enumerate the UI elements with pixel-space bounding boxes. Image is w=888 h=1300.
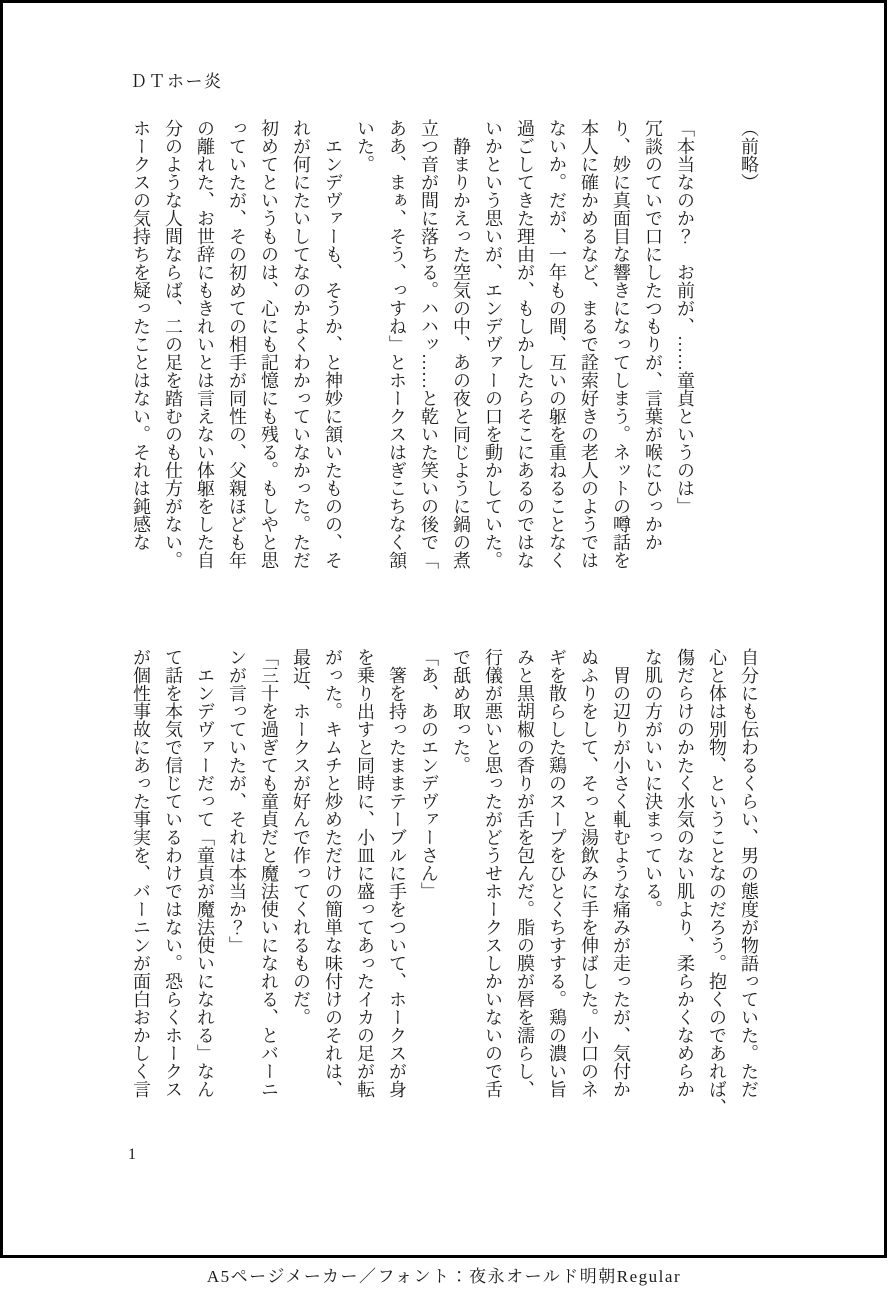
text-line: ギを散らした鶏のスープをひとくちすする。鶏の濃い旨 xyxy=(541,648,573,1120)
text-line: ぬふりをして、そっと湯飲みに手を伸ばした。小口のネ xyxy=(573,648,605,1120)
text-line: （前略） xyxy=(733,119,765,591)
text-line: な肌の方がいいに決まっている。 xyxy=(637,648,669,1120)
text-line: いかという思いが、エンデヴァーの口を動かしていた。 xyxy=(477,119,509,591)
text-line: エンデヴァーも、そうか、と神妙に頷いたものの、そ xyxy=(317,119,349,591)
footer-caption: A5ページメーカー／フォント：夜永オールド明朝Regular xyxy=(0,1262,888,1287)
text-line: 立つ音が間に落ちる。ハハッ……と乾いた笑いの後で「 xyxy=(413,119,445,591)
text-line: で舐め取った。 xyxy=(445,648,477,1120)
upper-text-block: （前略） 「本当なのか？ お前が、……童貞というのは」 冗談のていで口にしたつも… xyxy=(125,119,765,591)
text-line: 静まりかえった空気の中、あの夜と同じように鍋の煮 xyxy=(445,119,477,591)
text-line: が個性事故にあった事実を、バーニンが面白おかしく言 xyxy=(125,648,157,1120)
text-line: ンが言っていたが、それは本当か？」 xyxy=(221,648,253,1120)
text-line: 心と体は別物、ということなのだろう。抱くのであれば、 xyxy=(701,648,733,1120)
text-line: 過ごしてきた理由が、もしかしたらそこにあるのではな xyxy=(509,119,541,591)
text-line: 箸を持ったままテーブルに手をついて、ホークスが身 xyxy=(381,648,413,1120)
text-line: を乗り出すと同時に、小皿に盛ってあったイカの足が転 xyxy=(349,648,381,1120)
text-line: 胃の辺りが小さく軋むような痛みが走ったが、気付か xyxy=(605,648,637,1120)
text-line: 最近、ホークスが好んで作ってくれるものだ。 xyxy=(285,648,317,1120)
lower-text-block: 自分にも伝わるくらい、男の態度が物語っていた。ただ 心と体は別物、ということなの… xyxy=(125,648,765,1120)
text-line: の離れた、お世辞にもきれいとは言えない体躯をした自 xyxy=(189,119,221,591)
text-line: 分のような人間ならば、二の足を踏むのも仕方がない。 xyxy=(157,119,189,591)
text-line: 冗談のていで口にしたつもりが、言葉が喉にひっかか xyxy=(637,119,669,591)
text-line xyxy=(701,119,733,591)
text-line: 傷だらけのかたく水気のない肌より、柔らかくなめらか xyxy=(669,648,701,1120)
text-line: 自分にも伝わるくらい、男の態度が物語っていた。ただ xyxy=(733,648,765,1120)
text-line: り、妙に真面目な響きになってしまう。ネットの噂話を xyxy=(605,119,637,591)
text-line: て話を本気で信じているわけではない。恐らくホークス xyxy=(157,648,189,1120)
text-line: 本人に確かめるなど、まるで詮索好きの老人のようでは xyxy=(573,119,605,591)
text-line: エンデヴァーだって「童貞が魔法使いになれる」なん xyxy=(189,648,221,1120)
text-line: 「三十を過ぎても童貞だと魔法使いになれる、とバーニ xyxy=(253,648,285,1120)
text-line: 「本当なのか？ お前が、……童貞というのは」 xyxy=(669,119,701,591)
text-line: いた。 xyxy=(349,119,381,591)
text-line: がった。キムチと炒めただけの簡単な味付けのそれは、 xyxy=(317,648,349,1120)
page-number: 1 xyxy=(128,1146,136,1164)
text-line: 初めてというものは、心にも記憶にも残る。もしやと思 xyxy=(253,119,285,591)
text-line: ないか。だが、一年もの間、互いの躯を重ねることなく xyxy=(541,119,573,591)
document-page: ＤＴホー炎 （前略） 「本当なのか？ お前が、……童貞というのは」 冗談のていで… xyxy=(0,0,887,1258)
text-line: 「あ、あのエンデヴァーさん」 xyxy=(413,648,445,1120)
text-line: 行儀が悪いと思ったがどうせホークスしかいないので舌 xyxy=(477,648,509,1120)
page-header-title: ＤＴホー炎 xyxy=(130,67,223,92)
text-line: ああ、まぁ、そう、っすね」とホークスはぎこちなく頷 xyxy=(381,119,413,591)
text-line: れが何にたいしてなのかよくわかっていなかった。ただ xyxy=(285,119,317,591)
text-line: みと黒胡椒の香りが舌を包んだ。脂の膜が唇を濡らし、 xyxy=(509,648,541,1120)
text-line: っていたが、その初めての相手が同性の、父親ほども年 xyxy=(221,119,253,591)
text-line: ホークスの気持ちを疑ったことはない。それは鈍感な xyxy=(125,119,157,591)
